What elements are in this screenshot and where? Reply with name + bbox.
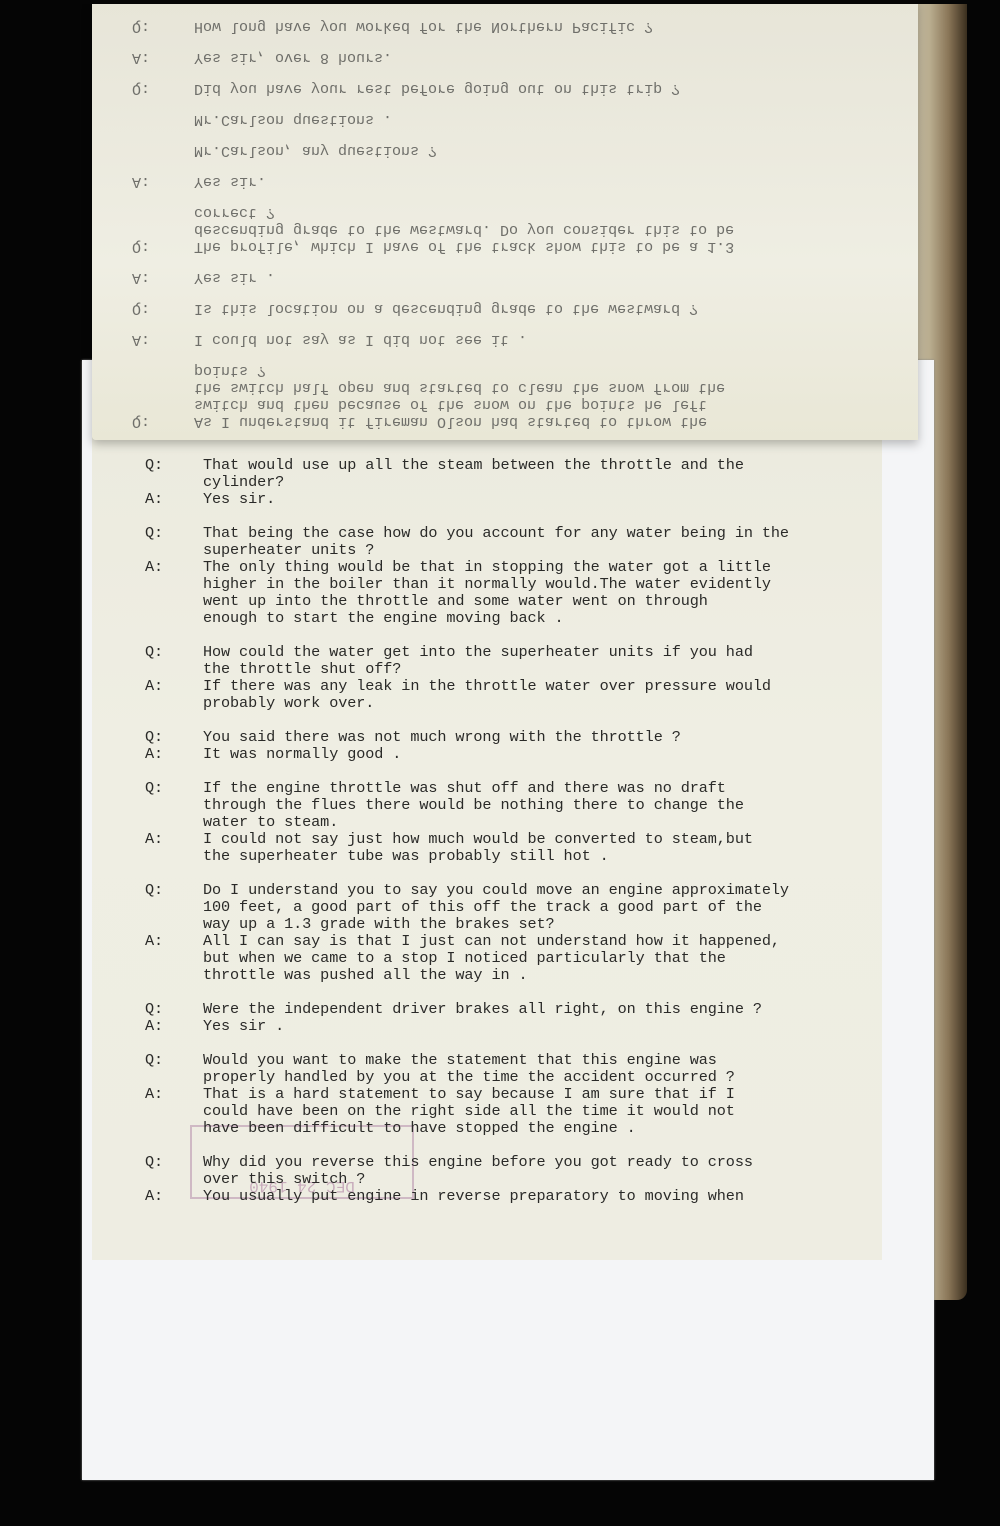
question-line: Q:That would use up all the steam betwee… — [145, 457, 865, 491]
mirrored-line: Mr.Carlson questions . — [132, 111, 878, 128]
utterance-text: The only thing would be that in stopping… — [203, 559, 865, 627]
utterance-text: All I can say is that I just can not und… — [203, 933, 865, 984]
utterance-text: Were the independent driver brakes all r… — [203, 1001, 865, 1018]
speaker-label: Q: — [145, 882, 203, 933]
speaker-label: Q: — [145, 780, 203, 831]
mirrored-line: Q:How long have you worked for the North… — [132, 18, 878, 35]
speaker-label: A: — [145, 678, 203, 712]
mirrored-line: A:Yes sir. — [132, 173, 878, 190]
folded-page-flap: Q:As I understand it fireman Olson had s… — [92, 0, 918, 440]
mirrored-text: Q:As I understand it fireman Olson had s… — [132, 8, 878, 430]
utterance-text: That is a hard statement to say because … — [203, 1086, 865, 1137]
utterance-text: You said there was not much wrong with t… — [203, 729, 865, 746]
mirrored-line: Q:Did you have your rest before going ou… — [132, 80, 878, 97]
utterance-text: Would you want to make the statement tha… — [203, 1052, 865, 1086]
speaker-label: A: — [145, 491, 203, 508]
utterance-text: If there was any leak in the throttle wa… — [203, 678, 865, 712]
qa-exchange: Q:Why did you reverse this engine before… — [145, 1154, 865, 1205]
utterance-text: Yes sir. — [203, 491, 865, 508]
speaker-label: Q: — [145, 457, 203, 491]
speaker-label: Q: — [145, 1052, 203, 1086]
answer-line: A:All I can say is that I just can not u… — [145, 933, 865, 984]
answer-line: A:You usually put engine in reverse prep… — [145, 1188, 865, 1205]
speaker-label: A: — [145, 559, 203, 627]
mirrored-line: Q:The profile, which I have of the track… — [132, 204, 878, 255]
qa-exchange: Q:How could the water get into the super… — [145, 644, 865, 712]
utterance-text: If the engine throttle was shut off and … — [203, 780, 865, 831]
utterance-text: Why did you reverse this engine before y… — [203, 1154, 865, 1188]
mirrored-line: A:Yes sir . — [132, 269, 878, 286]
question-line: Q:Were the independent driver brakes all… — [145, 1001, 865, 1018]
qa-exchange: Q:You said there was not much wrong with… — [145, 729, 865, 763]
mirrored-line: A:Yes sir, over 8 hours. — [132, 49, 878, 66]
answer-line: A:I could not say just how much would be… — [145, 831, 865, 865]
qa-exchange: Q:That would use up all the steam betwee… — [145, 457, 865, 508]
utterance-text: Do I understand you to say you could mov… — [203, 882, 865, 933]
qa-exchange: Q:If the engine throttle was shut off an… — [145, 780, 865, 865]
qa-exchange: Q:Do I understand you to say you could m… — [145, 882, 865, 984]
question-line: Q:Why did you reverse this engine before… — [145, 1154, 865, 1188]
speaker-label: Q: — [145, 525, 203, 559]
speaker-label: Q: — [145, 1001, 203, 1018]
question-line: Q:That being the case how do you account… — [145, 525, 865, 559]
question-line: Q:If the engine throttle was shut off an… — [145, 780, 865, 831]
speaker-label: Q: — [145, 729, 203, 746]
question-line: Q:You said there was not much wrong with… — [145, 729, 865, 746]
question-line: Q:Would you want to make the statement t… — [145, 1052, 865, 1086]
mirrored-line: A:I could not say as I did not see it . — [132, 331, 878, 348]
speaker-label: Q: — [145, 644, 203, 678]
utterance-text: Yes sir . — [203, 1018, 865, 1035]
speaker-label: A: — [145, 933, 203, 984]
mirrored-line: Q:As I understand it fireman Olson had s… — [132, 362, 878, 430]
utterance-text: That would use up all the steam between … — [203, 457, 865, 491]
question-line: Q:How could the water get into the super… — [145, 644, 865, 678]
answer-line: A:The only thing would be that in stoppi… — [145, 559, 865, 627]
answer-line: A:If there was any leak in the throttle … — [145, 678, 865, 712]
speaker-label: Q: — [145, 1154, 203, 1188]
utterance-text: How could the water get into the superhe… — [203, 644, 865, 678]
transcript-body: A:About one half way to the westward sid… — [145, 423, 865, 1222]
speaker-label: A: — [145, 831, 203, 865]
speaker-label: A: — [145, 746, 203, 763]
mirrored-line: Mr.Carlson, any questions ? — [132, 142, 878, 159]
utterance-text: You usually put engine in reverse prepar… — [203, 1188, 865, 1205]
utterance-text: That being the case how do you account f… — [203, 525, 865, 559]
question-line: Q:Do I understand you to say you could m… — [145, 882, 865, 933]
qa-exchange: Q:That being the case how do you account… — [145, 525, 865, 627]
answer-line: A:That is a hard statement to say becaus… — [145, 1086, 865, 1137]
answer-line: A:It was normally good . — [145, 746, 865, 763]
speaker-label: A: — [145, 1086, 203, 1137]
speaker-label: A: — [145, 1018, 203, 1035]
answer-line: A:Yes sir . — [145, 1018, 865, 1035]
utterance-text: I could not say just how much would be c… — [203, 831, 865, 865]
answer-line: A:Yes sir. — [145, 491, 865, 508]
mirrored-line: Q:Is this location on a descending grade… — [132, 300, 878, 317]
speaker-label: A: — [145, 1188, 203, 1205]
qa-exchange: Q:Were the independent driver brakes all… — [145, 1001, 865, 1035]
utterance-text: It was normally good . — [203, 746, 865, 763]
qa-exchange: Q:Would you want to make the statement t… — [145, 1052, 865, 1137]
background-edge — [0, 0, 1000, 4]
